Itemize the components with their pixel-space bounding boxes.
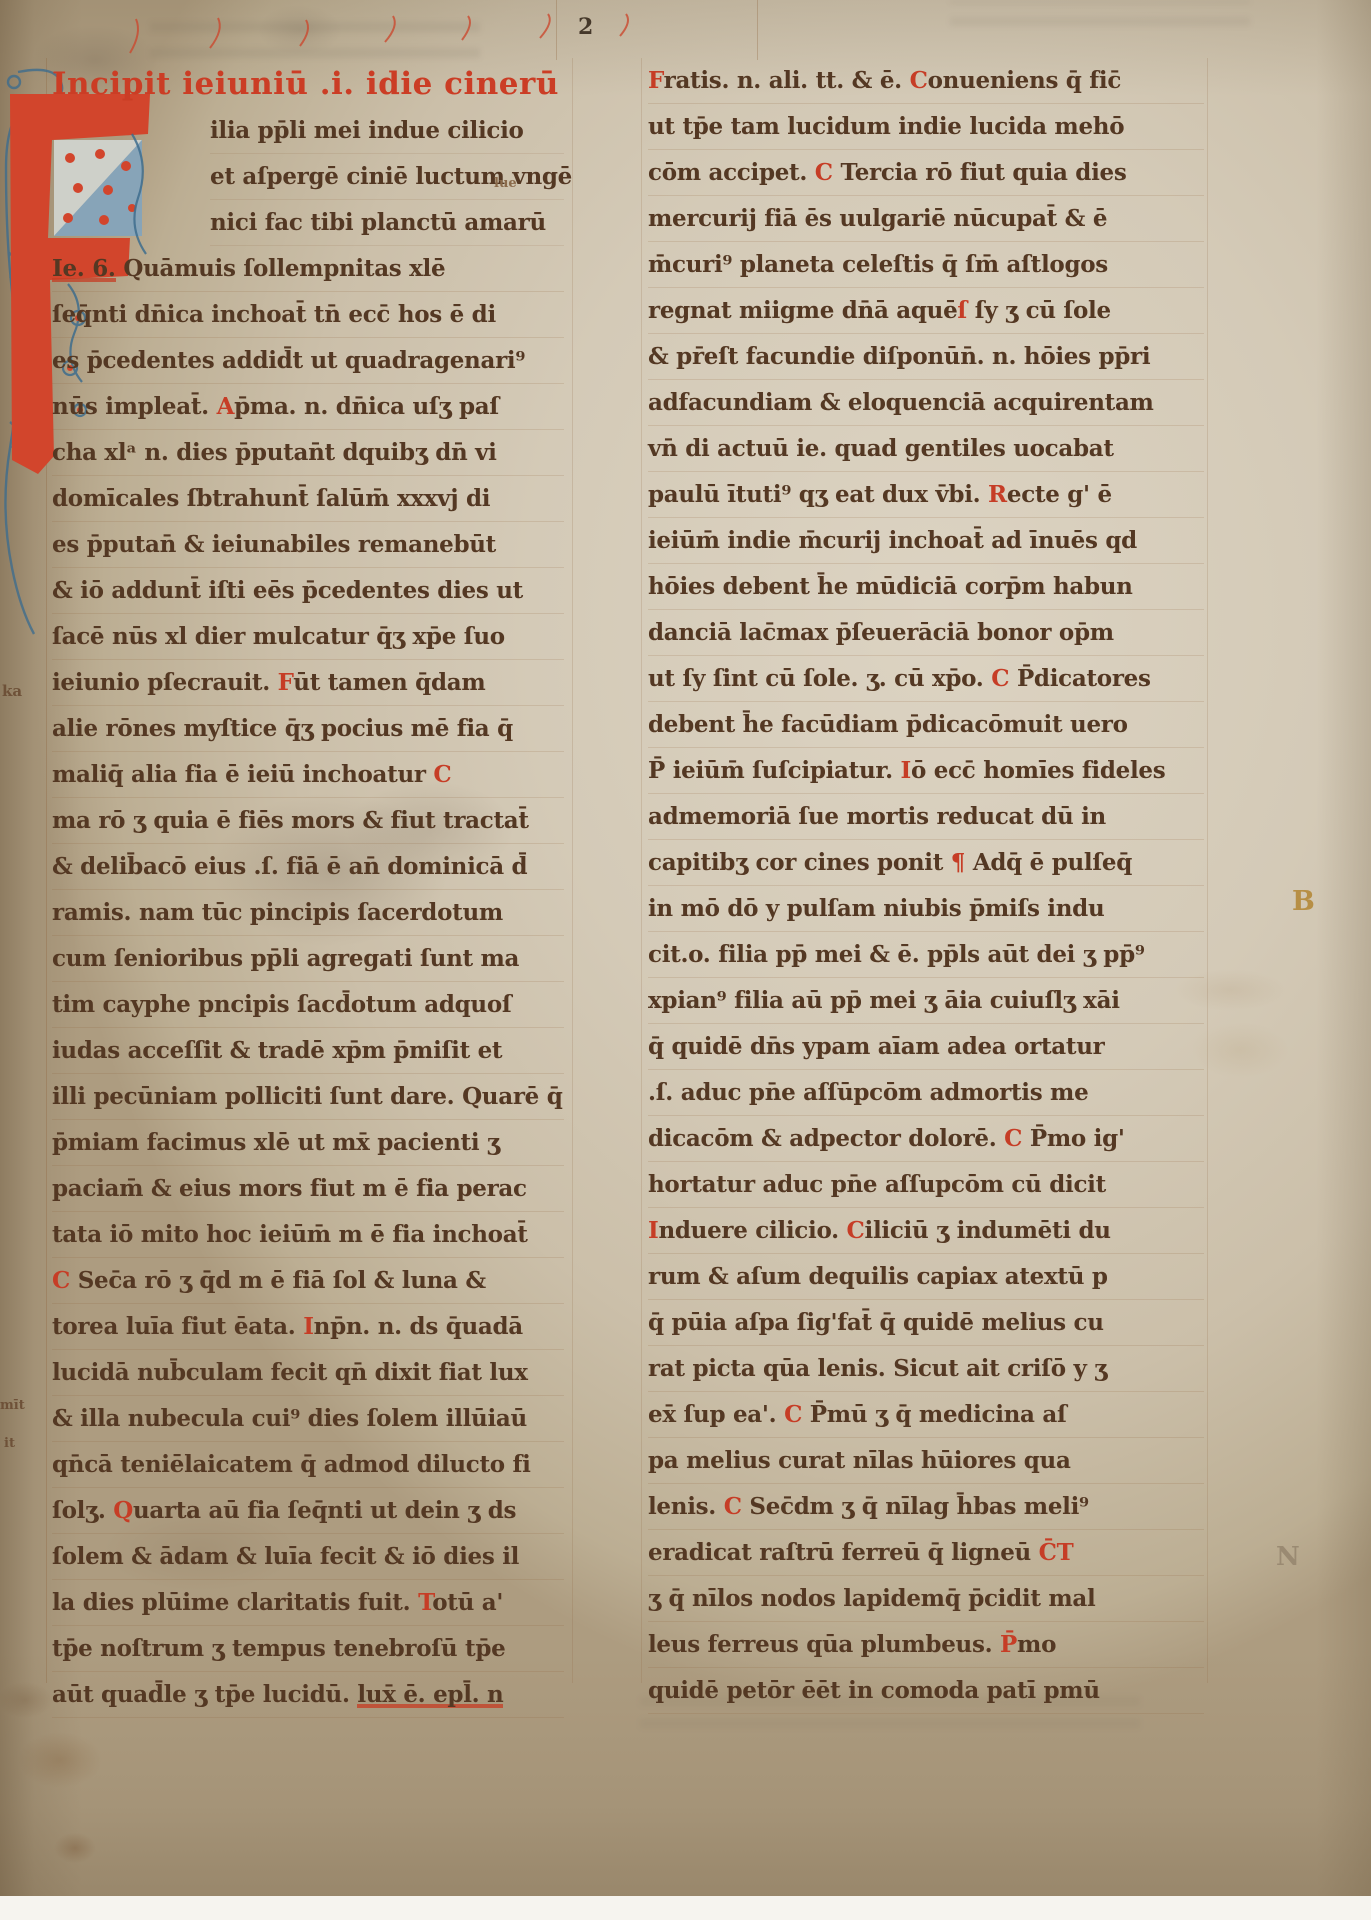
text-segment: debent h̄e facūdiam p̄dicacōmuit uero bbox=[648, 711, 1128, 738]
text-segment: A bbox=[217, 393, 235, 420]
text-segment: P̄mū ʒ q̄ medicina aſ bbox=[802, 1401, 1067, 1428]
text-segment: q̄ pūia aſpa ſig'fat̄ q̄ quidē melius cu bbox=[648, 1309, 1104, 1336]
margin-note-lue: lue bbox=[494, 176, 517, 191]
text-segment: cōm accipet. bbox=[648, 159, 815, 186]
text-segment: P̄dicatores bbox=[1017, 665, 1151, 692]
text-segment: ¶ bbox=[951, 849, 965, 876]
text-segment: I bbox=[303, 1313, 313, 1340]
text-segment: F bbox=[278, 669, 294, 696]
text-segment: P̄ bbox=[1000, 1631, 1017, 1658]
text-column-right: Fratis. n. ali. tt. & ē. Conueniens q̄ f… bbox=[648, 58, 1204, 1714]
text-segment: ramis. nam tūc pincipis ſacerdotum bbox=[52, 899, 503, 926]
text-segment: alie rōnes myſtice q̄ʒ pocius mē fia q̄ bbox=[52, 715, 513, 742]
text-segment: ilia pp̄li mei indue cilicio bbox=[210, 117, 524, 144]
text-line: ſeq̄nti dn̄ica inchoat̄ tn̄ ecc̄ hos ē d… bbox=[52, 292, 564, 338]
text-segment: tim cayphe pncipis ſacd̄otum adquoſ bbox=[52, 991, 511, 1018]
text-segment: leus ferreus qūa plumbeus. bbox=[648, 1631, 1000, 1658]
text-segment: I bbox=[648, 1217, 658, 1244]
margin-letter-n: N bbox=[1276, 1542, 1300, 1572]
text-segment: paulū ītuti⁹ qʒ eat dux v̄bi. bbox=[648, 481, 988, 508]
text-segment: ut ſy ſint cū ſole. ʒ. cū xp̄o. bbox=[648, 665, 991, 692]
text-segment: Tercia rō fiut quia dies bbox=[841, 159, 1127, 186]
text-line: nici fac tibi planctū amarū bbox=[210, 200, 564, 246]
text-column-left: Incipit ieiuniū .i. idie cinerū ilia pp̄… bbox=[52, 60, 564, 1718]
text-segment: capitibʒ cor cines ponit bbox=[648, 849, 951, 876]
text-line: paulū ītuti⁹ qʒ eat dux v̄bi. Recte g' ē bbox=[648, 472, 1204, 518]
text-line: mercurij fiā ēs uulgariē nūcupat̄ & ē bbox=[648, 196, 1204, 242]
text-segment: otū a' bbox=[432, 1589, 503, 1616]
text-segment: ratis. n. ali. tt. & ē. bbox=[664, 67, 910, 94]
text-segment: ſ bbox=[957, 297, 967, 324]
text-segment: C bbox=[724, 1493, 742, 1520]
text-line: & delib̄acō eius .ſ. fiā ē an̄ dominicā … bbox=[52, 844, 564, 890]
text-segment: cum ſenioribus pp̄li agregati ſunt ma bbox=[52, 945, 519, 972]
text-segment: ma rō ʒ quia ē fiēs mors & fiut tractat̄ bbox=[52, 807, 529, 834]
rubric-incipit: Incipit ieiuniū .i. idie cinerū bbox=[52, 60, 564, 108]
text-segment: ſy ʒ cū ſole bbox=[967, 297, 1111, 324]
text-segment: Quāmuis ſollempnitas xlē bbox=[116, 255, 446, 282]
text-line: ex̄ ſup ea'. C P̄mū ʒ q̄ medicina aſ bbox=[648, 1392, 1204, 1438]
text-segment: admemoriā ſue mortis reducat dū in bbox=[648, 803, 1106, 830]
text-line: es p̄cedentes addid̄t ut quadragenari⁹ bbox=[52, 338, 564, 384]
text-segment: lenis. bbox=[648, 1493, 724, 1520]
text-segment: illi pecūniam polliciti ſunt dare. Quarē… bbox=[52, 1083, 562, 1110]
text-segment: lucidā nub̄culam fecit qn̄ dixit fiat lu… bbox=[52, 1359, 528, 1386]
margin-letter-b: B bbox=[1292, 886, 1315, 917]
text-line: hōies debent h̄e mūdiciā corp̄m habun bbox=[648, 564, 1204, 610]
text-line: admemoriā ſue mortis reducat dū in bbox=[648, 794, 1204, 840]
text-line: ilia pp̄li mei indue cilicio bbox=[210, 108, 564, 154]
text-segment: ex̄ ſup ea'. bbox=[648, 1401, 784, 1428]
text-line: ſolʒ. Quarta aū fia ſeq̄nti ut dein ʒ ds bbox=[52, 1488, 564, 1534]
text-segment: C bbox=[52, 1267, 70, 1294]
text-line: aūt quad̄le ʒ tp̄e lucidū. lux̄ ē. epl̄.… bbox=[52, 1672, 564, 1718]
text-segment: T bbox=[418, 1589, 432, 1616]
text-segment: & pr̄eſt facundie diſponūn̄. n. hōies pp… bbox=[648, 343, 1150, 370]
text-line: la dies plūime claritatis fuit. Totū a' bbox=[52, 1580, 564, 1626]
text-segment: ſacē nūs xl dier mulcatur q̄ʒ xp̄e ſuo bbox=[52, 623, 505, 650]
text-segment: C bbox=[815, 159, 841, 186]
text-segment: I bbox=[901, 757, 911, 784]
text-line: p̄miam facimus xlē ut mx̄ pacienti ʒ bbox=[52, 1120, 564, 1166]
text-line: qn̄cā teniēlaicatem q̄ admod dilucto fi bbox=[52, 1442, 564, 1488]
text-segment: cha xlᵃ n. dies p̄putan̄t dquibʒ dn̄ vi bbox=[52, 439, 497, 466]
margin-note-mit: mīt bbox=[0, 1398, 25, 1413]
text-segment: ieiunio pſecrauit. bbox=[52, 669, 278, 696]
text-segment: qn̄cā teniēlaicatem q̄ admod dilucto fi bbox=[52, 1451, 531, 1478]
text-line: nūs impleat̄. Ap̄ma. n. dn̄ica uſʒ paſ bbox=[52, 384, 564, 430]
text-segment: domīcales ſbtrahunt̄ ſalūm̄ xxxvj di bbox=[52, 485, 490, 512]
text-line: lenis. C Sec̄dm ʒ q̄ nīlag h̄bas meli⁹ bbox=[648, 1484, 1204, 1530]
text-segment: cit.o. filia pp̄ mei & ē. pp̄ls aūt dei … bbox=[648, 941, 1145, 968]
text-segment: p̄ma. n. dn̄ica uſʒ paſ bbox=[234, 393, 499, 420]
text-line: P̄ ieiūm̄ ſuſcipiatur. Iō ecc̄ homīes fi… bbox=[648, 748, 1204, 794]
ruling-vertical-right bbox=[1207, 58, 1208, 1683]
text-line: C Sec̄a rō ʒ q̄d m ē fiā ſol & luna & bbox=[52, 1258, 564, 1304]
text-segment: & illa nubecula cui⁹ dies ſolem illūiaū bbox=[52, 1405, 527, 1432]
text-segment: m̄curi⁹ planeta celeſtis q̄ ſm̄ aſtlogos bbox=[648, 251, 1108, 278]
text-line: q̄ quidē dn̄s ypam aīam adea ortatur bbox=[648, 1024, 1204, 1070]
text-segment: C bbox=[847, 1217, 865, 1244]
text-segment: Ie. 6. bbox=[52, 255, 116, 282]
show-through-text-top-right bbox=[950, 0, 1250, 26]
text-segment: uarta aū fia ſeq̄nti ut dein ʒ ds bbox=[133, 1497, 516, 1524]
text-segment: torea luīa fiut ēata. bbox=[52, 1313, 303, 1340]
text-segment: ieiūm̄ indie m̄curij inchoat̄ ad īnuēs q… bbox=[648, 527, 1137, 554]
text-segment: C bbox=[784, 1401, 802, 1428]
text-line: in mō dō y pulſam niubis p̄miſs indu bbox=[648, 886, 1204, 932]
text-line: rum & aſum dequilis capiax atextū p bbox=[648, 1254, 1204, 1300]
text-line: & iō addunt̄ iſti eēs p̄cedentes dies ut bbox=[52, 568, 564, 614]
text-line: & pr̄eſt facundie diſponūn̄. n. hōies pp… bbox=[648, 334, 1204, 380]
text-segment: Q bbox=[113, 1497, 133, 1524]
text-line: Ie. 6. Quāmuis ſollempnitas xlē bbox=[52, 246, 564, 292]
ruling-vertical-gutter-left bbox=[572, 58, 573, 1683]
text-segment: rum & aſum dequilis capiax atextū p bbox=[648, 1263, 1108, 1290]
text-segment: mo bbox=[1017, 1631, 1056, 1658]
text-segment: & delib̄acō eius .ſ. fiā ē an̄ dominicā … bbox=[52, 853, 527, 880]
text-segment: onueniens q̄ fic̄ bbox=[928, 67, 1121, 94]
text-segment: C̄T bbox=[1039, 1539, 1074, 1566]
text-line: .ſ. aduc pn̄e aſſūpcōm admortis me bbox=[648, 1070, 1204, 1116]
text-segment: ſeq̄nti dn̄ica inchoat̄ tn̄ ecc̄ hos ē d… bbox=[52, 301, 496, 328]
text-segment: vn̄ di actuū ie. quad gentiles uocabat bbox=[648, 435, 1114, 462]
text-line: regnat miigme dn̄ā aquēſ ſy ʒ cū ſole bbox=[648, 288, 1204, 334]
text-segment: Sec̄dm ʒ q̄ nīlag h̄bas meli⁹ bbox=[742, 1493, 1089, 1520]
text-segment: ſolem & ādam & luīa fecit & iō dies il bbox=[52, 1543, 519, 1570]
text-segment: paciam̄ & eius mors fiut m ē fia perac bbox=[52, 1175, 527, 1202]
text-line: cum ſenioribus pp̄li agregati ſunt ma bbox=[52, 936, 564, 982]
text-segment: iudas acceſſit & tradē xp̄m p̄miſit et bbox=[52, 1037, 502, 1064]
text-segment: C bbox=[991, 665, 1017, 692]
text-line: m̄curi⁹ planeta celeſtis q̄ ſm̄ aſtlogos bbox=[648, 242, 1204, 288]
text-line: capitibʒ cor cines ponit ¶ Adq̄ ē pulſeq… bbox=[648, 840, 1204, 886]
text-line: debent h̄e facūdiam p̄dicacōmuit uero bbox=[648, 702, 1204, 748]
text-line: iudas acceſſit & tradē xp̄m p̄miſit et bbox=[52, 1028, 564, 1074]
photo-bottom-edge bbox=[0, 1896, 1371, 1920]
text-line: cha xlᵃ n. dies p̄putan̄t dquibʒ dn̄ vi bbox=[52, 430, 564, 476]
text-line: maliq̄ alia fia ē ieiū inchoatur C bbox=[52, 752, 564, 798]
text-line: ieiūm̄ indie m̄curij inchoat̄ ad īnuēs q… bbox=[648, 518, 1204, 564]
text-line: tp̄e noſtrum ʒ tempus tenebroſū tp̄e bbox=[52, 1626, 564, 1672]
text-segment: q̄ quidē dn̄s ypam aīam adea ortatur bbox=[648, 1033, 1104, 1060]
text-segment: nici fac tibi planctū amarū bbox=[210, 209, 546, 236]
text-segment: C bbox=[433, 761, 451, 788]
text-line: tim cayphe pncipis ſacd̄otum adquoſ bbox=[52, 982, 564, 1028]
text-segment: R bbox=[988, 481, 1007, 508]
text-segment: maliq̄ alia fia ē ieiū inchoatur bbox=[52, 761, 433, 788]
text-segment: ut tp̄e tam lucidum indie lucida mehō bbox=[648, 113, 1124, 140]
text-segment: regnat miigme dn̄ā aquē bbox=[648, 297, 957, 324]
text-segment: F bbox=[648, 67, 664, 94]
text-line: pa melius curat nīlas hūiores qua bbox=[648, 1438, 1204, 1484]
text-line: adfacundiam & eloquenciā acquirentam bbox=[648, 380, 1204, 426]
text-line: tata iō mito hoc ieiūm̄ m ē fia inchoat̄ bbox=[52, 1212, 564, 1258]
text-line: & illa nubecula cui⁹ dies ſolem illūiaū bbox=[52, 1396, 564, 1442]
text-line: xpian⁹ filia aū pp̄ mei ʒ āia cuiuſlʒ xā… bbox=[648, 978, 1204, 1024]
text-line: q̄ pūia aſpa ſig'fat̄ q̄ quidē melius cu bbox=[648, 1300, 1204, 1346]
text-segment: mercurij fiā ēs uulgariē nūcupat̄ & ē bbox=[648, 205, 1107, 232]
margin-note-it: it bbox=[4, 1436, 15, 1451]
manuscript-page: { "page": { "folio_number": "2", "descri… bbox=[0, 0, 1371, 1920]
text-segment: nūs impleat̄. bbox=[52, 393, 217, 420]
text-line: cit.o. filia pp̄ mei & ē. pp̄ls aūt dei … bbox=[648, 932, 1204, 978]
text-line: es p̄putan̄ & ieiunabiles remanebūt bbox=[52, 522, 564, 568]
ruling-vertical-gutter-right bbox=[641, 58, 642, 1683]
text-segment: es p̄cedentes addid̄t ut quadragenari⁹ bbox=[52, 347, 525, 374]
text-segment: aūt quad̄le ʒ tp̄e lucidū. bbox=[52, 1681, 357, 1708]
text-line: ramis. nam tūc pincipis ſacerdotum bbox=[52, 890, 564, 936]
text-segment: xpian⁹ filia aū pp̄ mei ʒ āia cuiuſlʒ xā… bbox=[648, 987, 1120, 1014]
text-line: vn̄ di actuū ie. quad gentiles uocabat bbox=[648, 426, 1204, 472]
text-line: ieiunio pſecrauit. Fūt tamen q̄dam bbox=[52, 660, 564, 706]
text-segment: es p̄putan̄ & ieiunabiles remanebūt bbox=[52, 531, 496, 558]
text-line: hortatur aduc pn̄e aſſupcōm cū dicit bbox=[648, 1162, 1204, 1208]
text-line: ma rō ʒ quia ē fiēs mors & fiut tractat̄ bbox=[52, 798, 564, 844]
text-segment: in mō dō y pulſam niubis p̄miſs indu bbox=[648, 895, 1104, 922]
text-line: paciam̄ & eius mors fiut m ē fia perac bbox=[52, 1166, 564, 1212]
text-segment: tata iō mito hoc ieiūm̄ m ē fia inchoat̄ bbox=[52, 1221, 528, 1248]
text-line: quidē petōr ēēt in comoda patī pmū bbox=[648, 1668, 1204, 1714]
text-segment: & iō addunt̄ iſti eēs p̄cedentes dies ut bbox=[52, 577, 523, 604]
text-segment: iliciū ʒ indumēti du bbox=[865, 1217, 1111, 1244]
text-segment: .ſ. aduc pn̄e aſſūpcōm admortis me bbox=[648, 1079, 1088, 1106]
text-segment: eradicat raſtrū ferreū q̄ ligneū bbox=[648, 1539, 1039, 1566]
text-segment: P̄ ieiūm̄ ſuſcipiatur. bbox=[648, 757, 901, 784]
text-segment: Adq̄ ē pulſeq̄ bbox=[965, 849, 1132, 876]
text-segment: rat picta qūa lenis. Sicut ait criſō y ʒ bbox=[648, 1355, 1107, 1382]
text-line: alie rōnes myſtice q̄ʒ pocius mē fia q̄ bbox=[52, 706, 564, 752]
ruling-vertical-top-b bbox=[757, 0, 758, 60]
text-line: eradicat raſtrū ferreū q̄ ligneū C̄T bbox=[648, 1530, 1204, 1576]
text-segment: hortatur aduc pn̄e aſſupcōm cū dicit bbox=[648, 1171, 1106, 1198]
text-segment: pa melius curat nīlas hūiores qua bbox=[648, 1447, 1071, 1474]
text-line: cōm accipet. C Tercia rō fiut quia dies bbox=[648, 150, 1204, 196]
text-segment: tp̄e noſtrum ʒ tempus tenebroſū tp̄e bbox=[52, 1635, 505, 1662]
text-line: ſacē nūs xl dier mulcatur q̄ʒ xp̄e ſuo bbox=[52, 614, 564, 660]
text-segment: P̄mo ig' bbox=[1022, 1125, 1124, 1152]
text-segment: C bbox=[1004, 1125, 1022, 1152]
text-line: illi pecūniam polliciti ſunt dare. Quarē… bbox=[52, 1074, 564, 1120]
text-segment: np̄n. n. ds q̄uadā bbox=[314, 1313, 523, 1340]
text-line: ʒ q̄ nīlos nodos lapidemq̄ p̄cidit mal bbox=[648, 1576, 1204, 1622]
text-line: ut ſy ſint cū ſole. ʒ. cū xp̄o. C P̄dica… bbox=[648, 656, 1204, 702]
text-line: danciā lac̄max p̄ſeuerāciā bonor op̄m bbox=[648, 610, 1204, 656]
text-line: ſolem & ādam & luīa fecit & iō dies il bbox=[52, 1534, 564, 1580]
text-segment: nduere cilicio. bbox=[658, 1217, 846, 1244]
text-segment: p̄miam facimus xlē ut mx̄ pacienti ʒ bbox=[52, 1129, 500, 1156]
text-segment: adfacundiam & eloquenciā acquirentam bbox=[648, 389, 1154, 416]
text-segment: dicacōm & adpector dolorē. bbox=[648, 1125, 1004, 1152]
text-line: dicacōm & adpector dolorē. C P̄mo ig' bbox=[648, 1116, 1204, 1162]
text-segment: ſolʒ. bbox=[52, 1497, 113, 1524]
text-line: torea luīa fiut ēata. Inp̄n. n. ds q̄uad… bbox=[52, 1304, 564, 1350]
folio-number: 2 bbox=[578, 14, 593, 40]
text-segment: ō ecc̄ homīes fideles bbox=[911, 757, 1165, 784]
text-segment: lux̄ ē. epl̄. n bbox=[357, 1681, 503, 1708]
text-segment: la dies plūime claritatis fuit. bbox=[52, 1589, 418, 1616]
red-penwork-flourishes bbox=[100, 8, 660, 68]
text-segment: ūt tamen q̄dam bbox=[293, 669, 485, 696]
text-segment: ʒ q̄ nīlos nodos lapidemq̄ p̄cidit mal bbox=[648, 1585, 1095, 1612]
text-line: domīcales ſbtrahunt̄ ſalūm̄ xxxvj di bbox=[52, 476, 564, 522]
text-line: ut tp̄e tam lucidum indie lucida mehō bbox=[648, 104, 1204, 150]
text-segment: et aſpergē ciniē luctum vngē bbox=[210, 163, 572, 190]
text-line: Induere cilicio. Ciliciū ʒ indumēti du bbox=[648, 1208, 1204, 1254]
text-line: rat picta qūa lenis. Sicut ait criſō y ʒ bbox=[648, 1346, 1204, 1392]
text-line: Fratis. n. ali. tt. & ē. Conueniens q̄ f… bbox=[648, 58, 1204, 104]
text-line: lucidā nub̄culam fecit qn̄ dixit fiat lu… bbox=[52, 1350, 564, 1396]
text-line: leus ferreus qūa plumbeus. P̄mo bbox=[648, 1622, 1204, 1668]
text-segment: danciā lac̄max p̄ſeuerāciā bonor op̄m bbox=[648, 619, 1114, 646]
margin-note-ka: ka bbox=[2, 682, 22, 700]
text-segment: quidē petōr ēēt in comoda patī pmū bbox=[648, 1677, 1100, 1704]
text-segment: Sec̄a rō ʒ q̄d m ē fiā ſol & luna & bbox=[70, 1267, 486, 1294]
text-segment: hōies debent h̄e mūdiciā corp̄m habun bbox=[648, 573, 1133, 600]
text-segment: ecte g' ē bbox=[1007, 481, 1112, 508]
text-segment: C bbox=[910, 67, 928, 94]
